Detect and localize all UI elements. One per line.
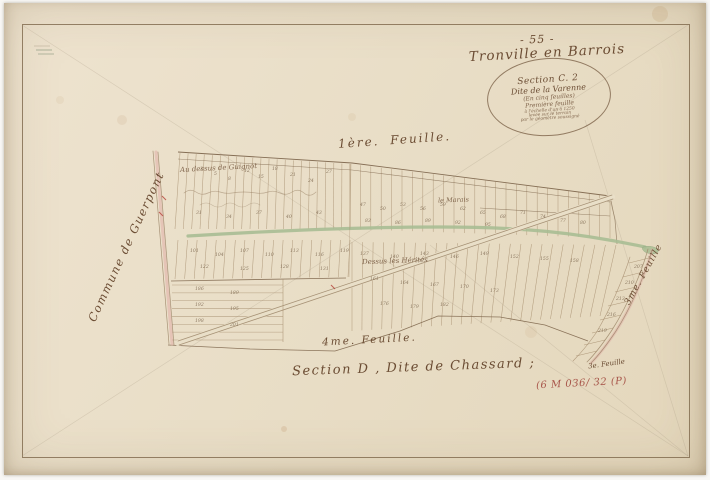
svg-text:65: 65	[480, 210, 486, 216]
svg-text:37: 37	[256, 210, 262, 216]
svg-text:34: 34	[226, 214, 232, 220]
svg-text:189: 189	[230, 290, 239, 296]
svg-text:89: 89	[425, 218, 431, 224]
svg-text:40: 40	[285, 214, 292, 220]
svg-text:122: 122	[200, 264, 209, 270]
svg-text:182: 182	[440, 302, 449, 308]
svg-text:219: 219	[597, 328, 607, 334]
svg-text:71: 71	[520, 210, 526, 216]
svg-text:107: 107	[240, 248, 249, 254]
svg-text:131: 131	[320, 266, 329, 272]
svg-text:167: 167	[430, 282, 439, 288]
svg-text:128: 128	[280, 264, 289, 270]
svg-text:179: 179	[410, 304, 419, 310]
scanned-cadastral-map-page: { "annotations": { "sheet_number": "- 55…	[0, 0, 710, 480]
svg-text:161: 161	[370, 276, 379, 282]
svg-text:125: 125	[240, 266, 249, 272]
svg-text:86: 86	[395, 220, 401, 226]
svg-text:186: 186	[195, 286, 204, 292]
svg-text:113: 113	[290, 248, 299, 254]
svg-text:152: 152	[510, 254, 519, 260]
svg-text:8: 8	[228, 176, 231, 182]
svg-text:176: 176	[380, 301, 389, 307]
svg-text:198: 198	[195, 318, 204, 324]
svg-text:74: 74	[540, 214, 546, 220]
svg-text:50: 50	[380, 206, 386, 212]
svg-text:116: 116	[315, 252, 324, 258]
svg-text:62: 62	[460, 206, 466, 212]
cadastral-map-canvas: 3581215182124273134374043475053565962656…	[0, 0, 710, 480]
svg-text:110: 110	[265, 252, 274, 258]
svg-text:146: 146	[450, 254, 459, 260]
svg-text:216: 216	[606, 312, 616, 318]
svg-text:21: 21	[289, 172, 296, 178]
svg-text:27: 27	[325, 169, 332, 175]
svg-text:24: 24	[307, 178, 314, 184]
svg-text:158: 158	[570, 258, 579, 264]
svg-text:173: 173	[490, 288, 499, 294]
svg-text:18: 18	[272, 166, 278, 172]
svg-text:170: 170	[460, 284, 469, 290]
svg-text:31: 31	[196, 210, 202, 216]
svg-text:195: 195	[230, 306, 239, 312]
svg-text:92: 92	[455, 220, 461, 226]
svg-text:201: 201	[229, 322, 239, 328]
svg-text:56: 56	[420, 206, 426, 212]
svg-text:95: 95	[485, 222, 491, 228]
svg-text:43: 43	[315, 210, 322, 216]
svg-text:77: 77	[560, 218, 566, 224]
svg-text:164: 164	[400, 280, 409, 286]
svg-text:83: 83	[365, 218, 371, 224]
svg-text:137: 137	[360, 251, 369, 257]
svg-text:155: 155	[540, 256, 549, 262]
svg-text:119: 119	[340, 248, 349, 254]
svg-text:15: 15	[258, 174, 264, 180]
svg-text:192: 192	[195, 302, 204, 308]
svg-text:149: 149	[480, 251, 489, 257]
svg-text:104: 104	[215, 252, 224, 258]
svg-text:80: 80	[580, 220, 586, 226]
svg-text:101: 101	[190, 248, 199, 254]
svg-text:68: 68	[500, 214, 506, 220]
svg-text:47: 47	[359, 202, 366, 208]
svg-text:53: 53	[400, 202, 406, 208]
lieu-dit-label-2: le Marais	[438, 195, 469, 204]
